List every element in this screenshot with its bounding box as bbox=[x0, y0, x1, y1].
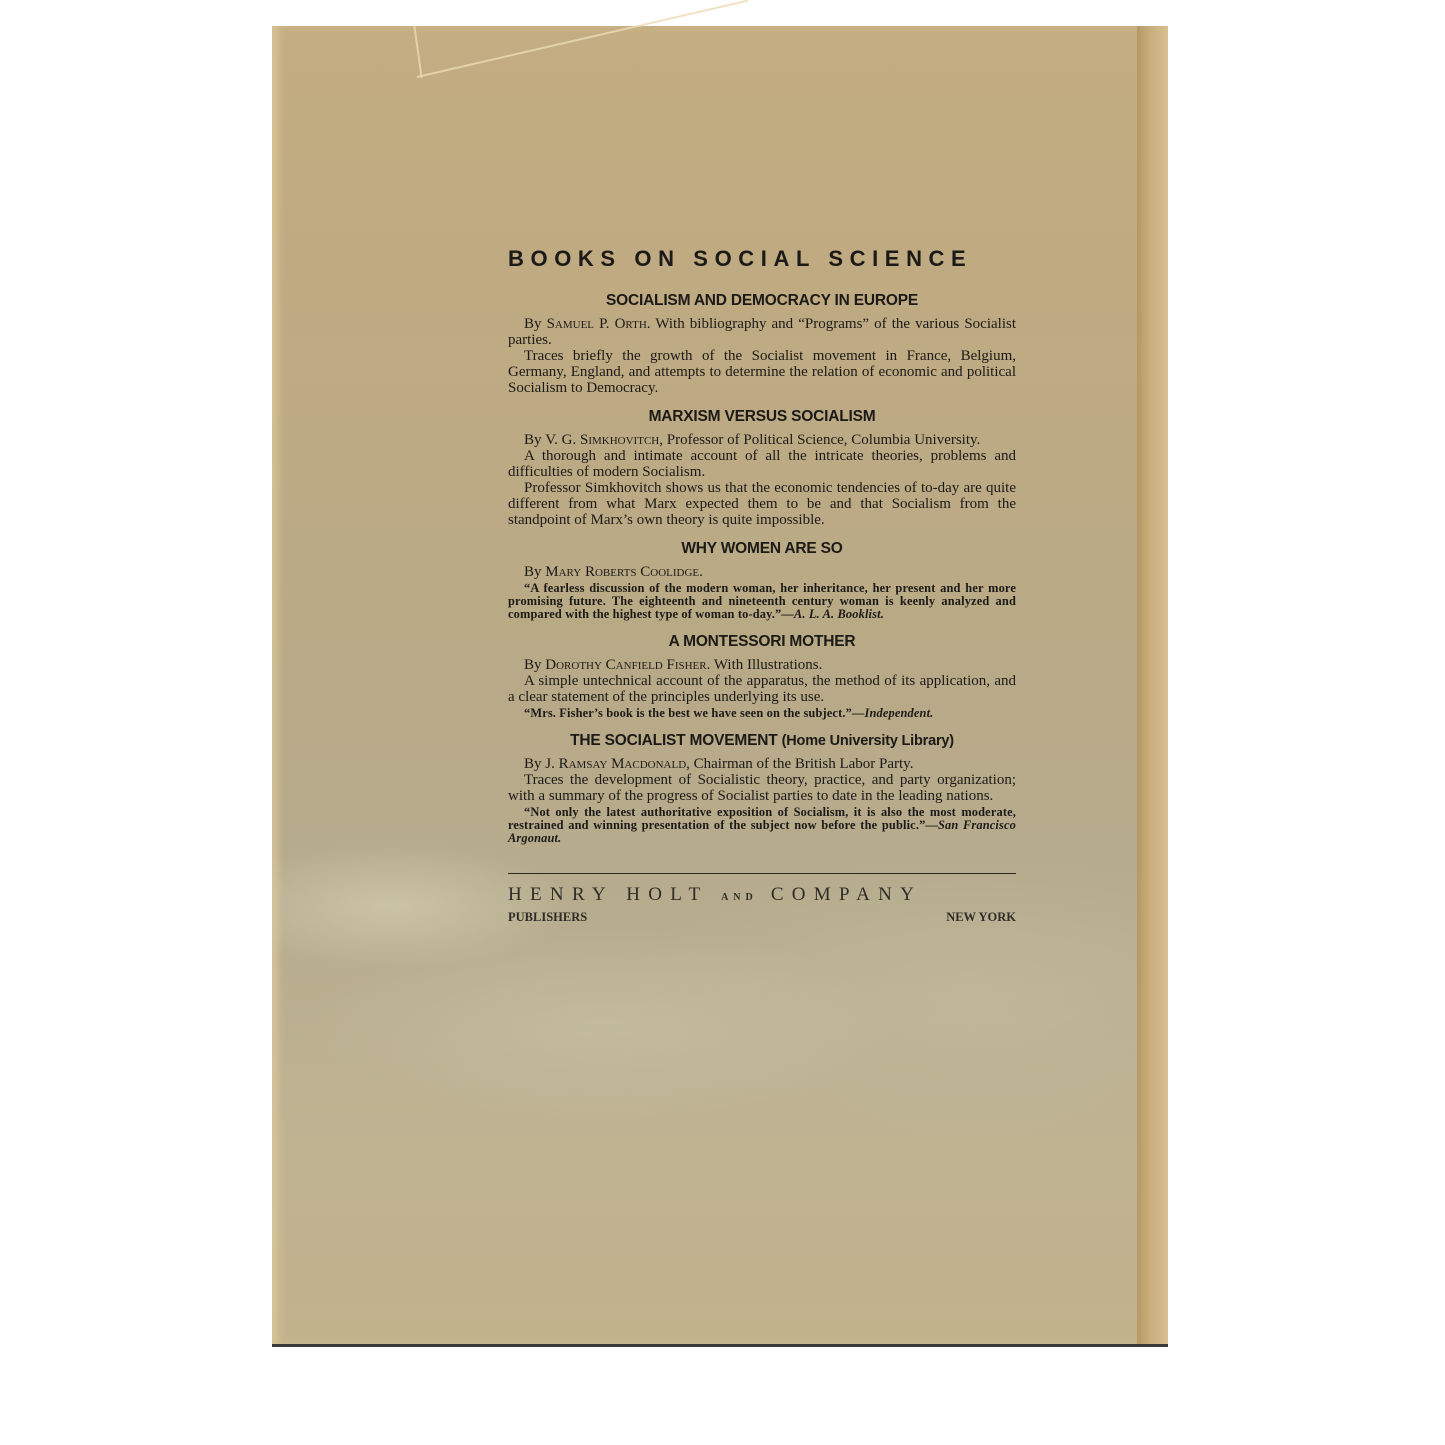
byline-suffix: , Professor of Political Science, Columb… bbox=[659, 432, 980, 448]
paper-crease bbox=[413, 26, 422, 78]
book-byline: By Mary Roberts Coolidge. bbox=[508, 564, 1016, 580]
book-title: A MONTESSORI MOTHER bbox=[508, 633, 1016, 651]
byline-suffix: . With Illustrations. bbox=[707, 657, 823, 673]
book-byline: By J. Ramsay Macdonald, Chairman of the … bbox=[508, 756, 1016, 772]
book-byline: By Samuel P. Orth. With bibliography and… bbox=[508, 316, 1016, 348]
quote-source: —A. L. A. Booklist. bbox=[781, 607, 884, 621]
book-byline: By V. G. Simkhovitch, Professor of Polit… bbox=[508, 432, 1016, 448]
jacket-flap-edge bbox=[1137, 26, 1168, 1344]
publisher-name-part2: COMPANY bbox=[771, 884, 922, 905]
book-entry: SOCIALISM AND DEMOCRACY IN EUROPE By Sam… bbox=[508, 292, 1016, 396]
byline-suffix: . bbox=[699, 564, 703, 580]
byline-prefix: By bbox=[524, 316, 547, 332]
book-description: A simple untechnical account of the appa… bbox=[508, 673, 1016, 705]
page-heading: BOOKS ON SOCIAL SCIENCE bbox=[508, 246, 1016, 272]
book-title: MARXISM VERSUS SOCIALISM bbox=[508, 408, 1016, 426]
book-description: A thorough and intimate account of all t… bbox=[508, 448, 1016, 480]
author-name: Samuel P. Orth bbox=[547, 316, 647, 332]
publisher-name-part1: HENRY HOLT bbox=[508, 884, 708, 905]
quote-text: “Mrs. Fisher’s book is the best we have … bbox=[524, 706, 852, 720]
book-description: Professor Simkhovitch shows us that the … bbox=[508, 480, 1016, 528]
publisher-details: PUBLISHERS NEW YORK bbox=[508, 910, 1016, 925]
book-entry: A MONTESSORI MOTHER By Dorothy Canfield … bbox=[508, 633, 1016, 720]
book-title: SOCIALISM AND DEMOCRACY IN EUROPE bbox=[508, 292, 1016, 310]
book-entry: MARXISM VERSUS SOCIALISM By V. G. Simkho… bbox=[508, 408, 1016, 528]
publisher-imprint: HENRY HOLT AND COMPANY bbox=[508, 884, 1016, 906]
publisher-name: HENRY HOLT AND COMPANY bbox=[508, 884, 922, 906]
advertisement-text: BOOKS ON SOCIAL SCIENCE SOCIALISM AND DE… bbox=[508, 246, 1016, 925]
book-series: (Home University Library) bbox=[782, 733, 954, 749]
quote-source: —Independent. bbox=[852, 706, 933, 720]
byline-prefix: By bbox=[524, 564, 545, 580]
dust-jacket-back-cover: BOOKS ON SOCIAL SCIENCE SOCIALISM AND DE… bbox=[272, 26, 1168, 1347]
book-description: Traces briefly the growth of the Sociali… bbox=[508, 348, 1016, 396]
divider-rule bbox=[508, 873, 1016, 874]
byline-prefix: By bbox=[524, 432, 545, 448]
byline-suffix: , Chairman of the British Labor Party. bbox=[686, 756, 913, 772]
author-name: J. Ramsay Macdonald bbox=[545, 756, 686, 772]
byline-prefix: By bbox=[524, 756, 545, 772]
publisher-name-and: AND bbox=[721, 892, 758, 903]
book-byline: By Dorothy Canfield Fisher. With Illustr… bbox=[508, 657, 1016, 673]
quote-text: “A fearless discussion of the modern wom… bbox=[508, 581, 1016, 621]
paper-crease bbox=[417, 0, 749, 78]
author-name: Mary Roberts Coolidge bbox=[545, 564, 699, 580]
author-name: Dorothy Canfield Fisher bbox=[545, 657, 706, 673]
author-name: V. G. Simkhovitch bbox=[545, 432, 659, 448]
review-quote: “Not only the latest authoritative expos… bbox=[508, 806, 1016, 845]
book-title-main: THE SOCIALIST MOVEMENT bbox=[570, 732, 777, 749]
publisher-city: NEW YORK bbox=[946, 910, 1016, 925]
book-description: Traces the development of Socialistic th… bbox=[508, 772, 1016, 804]
review-quote: “A fearless discussion of the modern wom… bbox=[508, 582, 1016, 621]
byline-prefix: By bbox=[524, 657, 545, 673]
review-quote: “Mrs. Fisher’s book is the best we have … bbox=[508, 707, 1016, 720]
book-title: THE SOCIALIST MOVEMENT (Home University … bbox=[508, 732, 1016, 750]
book-entry: WHY WOMEN ARE SO By Mary Roberts Coolidg… bbox=[508, 540, 1016, 621]
publisher-label: PUBLISHERS bbox=[508, 910, 587, 925]
book-entry: THE SOCIALIST MOVEMENT (Home University … bbox=[508, 732, 1016, 845]
book-title: WHY WOMEN ARE SO bbox=[508, 540, 1016, 558]
